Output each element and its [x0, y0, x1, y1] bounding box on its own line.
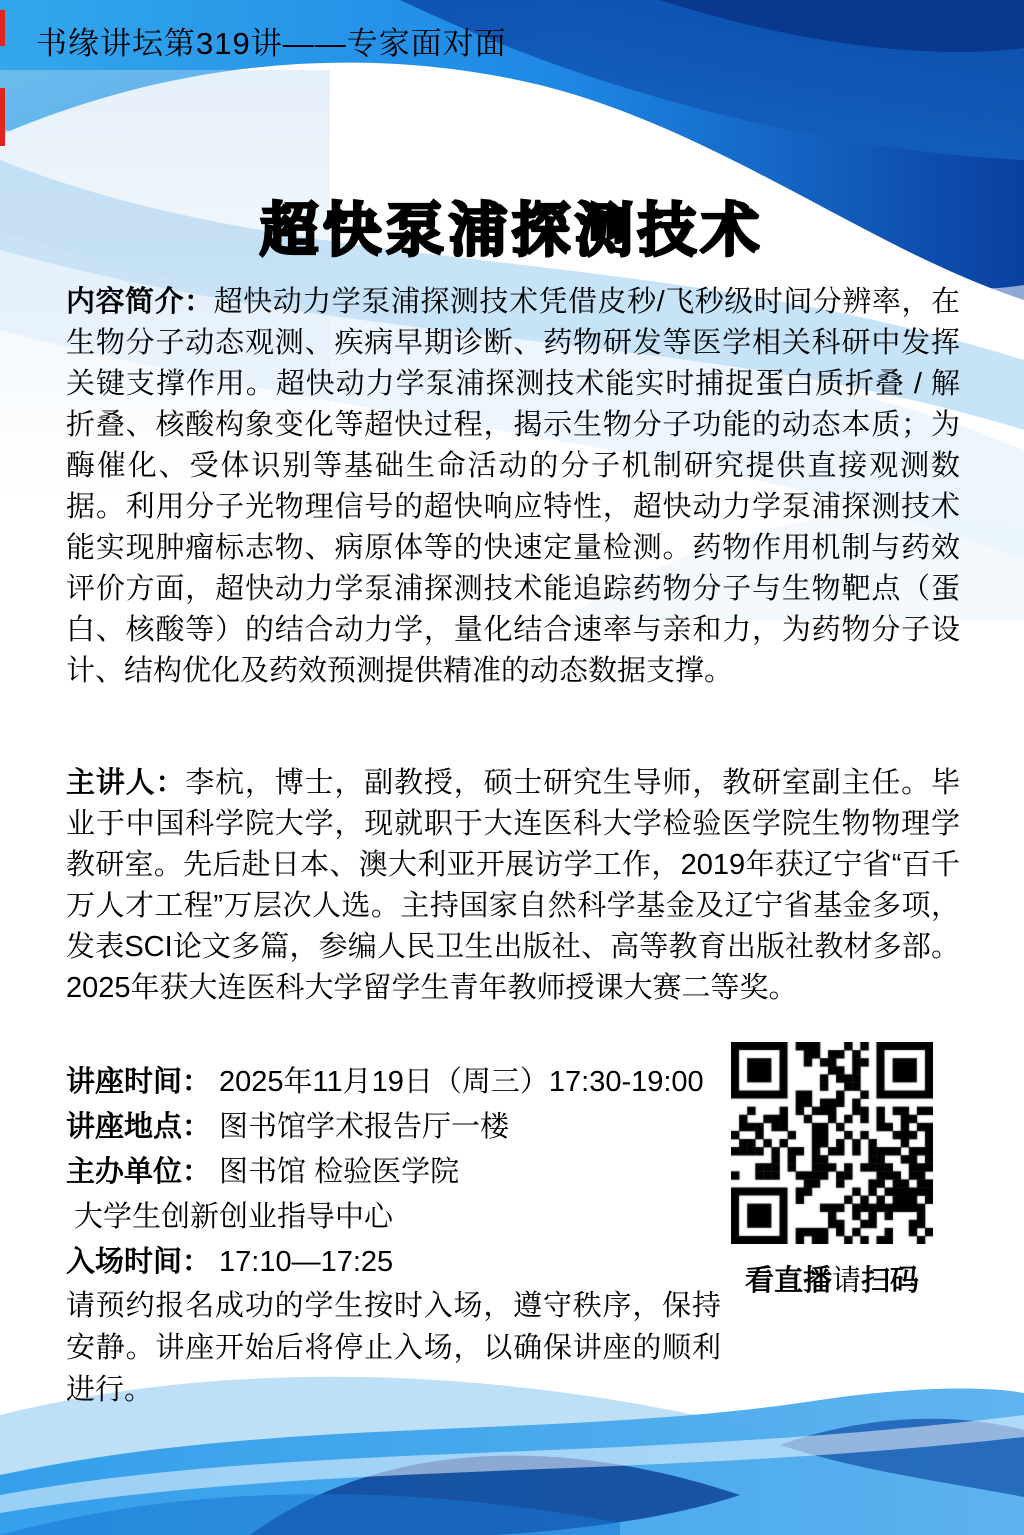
- event-info: 讲座时间：2025年11月19日（周三）17:30-19:00 讲座地点：图书馆…: [66, 1060, 726, 1411]
- intro-label: 内容简介：: [66, 286, 214, 318]
- left-edge-red-mark: [0, 10, 5, 46]
- detail-value: 17:10—17:25: [219, 1246, 393, 1278]
- detail-row-organizer: 主办单位：图书馆 检验医学院: [66, 1150, 726, 1195]
- qr-caption: 看直播请扫码: [731, 1258, 933, 1299]
- intro-paragraph: 内容简介：超快动力学泵浦探测技术凭借皮秒/飞秒级时间分辨率，在生物分子动态观测、…: [66, 282, 960, 692]
- detail-value: 图书馆 检验医学院: [219, 1156, 459, 1188]
- qr-code: [731, 1042, 933, 1244]
- lecture-poster: 书缘讲坛第319讲——专家面对面 超快泵浦探测技术 内容简介：超快动力学泵浦探测…: [0, 0, 1024, 1535]
- detail-label: 讲座时间：: [66, 1066, 211, 1098]
- intro-text: 超快动力学泵浦探测技术凭借皮秒/飞秒级时间分辨率，在生物分子动态观测、疾病早期诊…: [66, 286, 960, 687]
- detail-value: 2025年11月19日（周三）17:30-19:00: [219, 1066, 704, 1098]
- qr-caption-bold: 扫码: [861, 1265, 919, 1297]
- speaker-text: 李杭，博士，副教授，硕士研究生导师，教研室副主任。毕业于中国科学院大学，现就职于…: [66, 767, 960, 1004]
- series-title: 书缘讲坛第319讲——专家面对面: [36, 18, 507, 63]
- detail-label: 主办单位：: [66, 1156, 211, 1188]
- detail-label: 入场时间：: [66, 1246, 211, 1278]
- detail-row-entry-time: 入场时间：17:10—17:25: [66, 1240, 726, 1285]
- left-edge-red-mark: [0, 88, 5, 146]
- detail-row-organizer-2: 大学生创新创业指导中心: [66, 1195, 726, 1240]
- qr-caption-bold: 看直播: [745, 1265, 832, 1297]
- detail-row-time: 讲座时间：2025年11月19日（周三）17:30-19:00: [66, 1060, 726, 1105]
- detail-value: 大学生创新创业指导中心: [74, 1201, 393, 1233]
- qr-caption-regular: 请: [832, 1265, 861, 1297]
- detail-label: 讲座地点：: [66, 1111, 211, 1143]
- speaker-label: 主讲人：: [66, 767, 185, 799]
- page-title: 超快泵浦探测技术: [0, 196, 1024, 266]
- speaker-paragraph: 主讲人：李杭，博士，副教授，硕士研究生导师，教研室副主任。毕业于中国科学院大学，…: [66, 763, 960, 1009]
- qr-block: 看直播请扫码: [731, 1042, 933, 1299]
- entry-notice: 请预约报名成功的学生按时入场，遵守秩序，保持安静。讲座开始后将停止入场，以确保讲…: [66, 1285, 721, 1411]
- detail-row-location: 讲座地点：图书馆学术报告厅一楼: [66, 1105, 726, 1150]
- detail-value: 图书馆学术报告厅一楼: [219, 1111, 509, 1143]
